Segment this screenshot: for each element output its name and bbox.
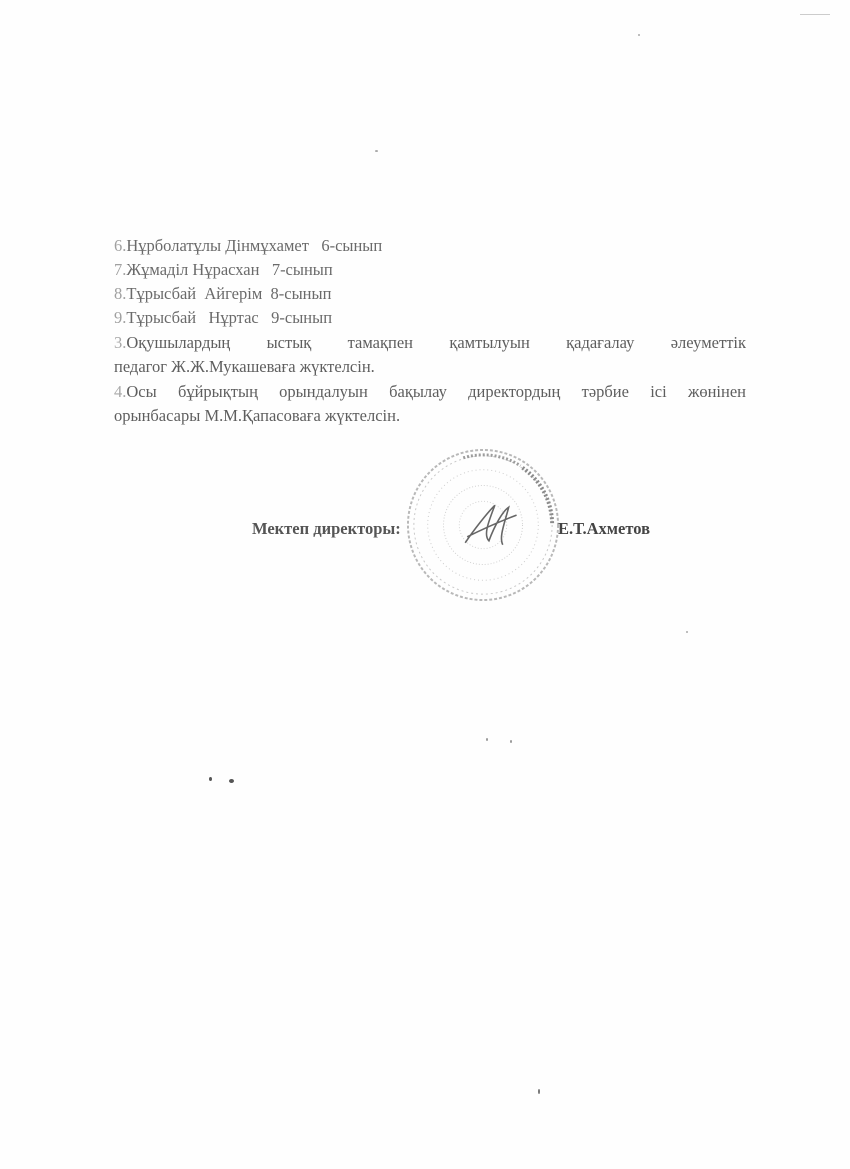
scan-artifact: [375, 150, 378, 152]
scanned-document-page: 6.Нұрболатұлы Дінмұхамет 6-сынып 7.Жұмад…: [0, 0, 850, 1169]
signature-scribble: [465, 505, 516, 545]
scan-artifact: [686, 631, 688, 633]
item-number: 6.: [114, 236, 126, 255]
scan-artifact: [510, 740, 512, 743]
student-name: Нұрболатұлы Дінмұхамет: [126, 236, 309, 255]
item-number: 9.: [114, 308, 126, 327]
paragraph-number: 4.: [114, 382, 126, 401]
student-grade: 9-сынып: [271, 308, 332, 327]
director-title: Мектеп директоры:: [252, 519, 401, 539]
student-name: Жұмаділ Нұрасхан: [126, 260, 259, 279]
item-number: 7.: [114, 260, 126, 279]
student-list: 6.Нұрболатұлы Дінмұхамет 6-сынып 7.Жұмад…: [114, 234, 382, 330]
scan-artifact: [486, 738, 488, 741]
director-name: Е.Т.Ахметов: [558, 519, 650, 539]
paragraph-text: Оқушылардың ыстық тамақпен қамтылуын қад…: [126, 333, 746, 352]
paragraph-text: Осы бұйрықтың орындалуын бақылау директо…: [126, 382, 746, 401]
scan-artifact: [800, 14, 830, 15]
paragraph-4-line-2: орынбасары М.М.Қапасоваға жүктелсін.: [114, 404, 746, 428]
scan-artifact: [538, 1089, 540, 1094]
scan-artifact: [209, 777, 212, 781]
official-seal-icon: [404, 446, 562, 604]
paragraph-4-line-1: 4.Осы бұйрықтың орындалуын бақылау дирек…: [114, 380, 746, 404]
paragraph-3-line-2: педагог Ж.Ж.Мукашеваға жүктелсін.: [114, 355, 746, 379]
scan-artifact: [638, 34, 640, 36]
paragraph-number: 3.: [114, 333, 126, 352]
paragraph-3: 3.Оқушылардың ыстық тамақпен қамтылуын қ…: [114, 331, 746, 379]
student-grade: 8-сынып: [271, 284, 332, 303]
list-item: 7.Жұмаділ Нұрасхан 7-сынып: [114, 258, 382, 282]
paragraph-4: 4.Осы бұйрықтың орындалуын бақылау дирек…: [114, 380, 746, 428]
item-number: 8.: [114, 284, 126, 303]
list-item: 8.Тұрысбай Айгерім 8-сынып: [114, 282, 382, 306]
student-name: Тұрысбай Нұртас: [126, 308, 258, 327]
student-grade: 6-сынып: [321, 236, 382, 255]
list-item: 9.Тұрысбай Нұртас 9-сынып: [114, 306, 382, 330]
list-item: 6.Нұрболатұлы Дінмұхамет 6-сынып: [114, 234, 382, 258]
paragraph-3-line-1: 3.Оқушылардың ыстық тамақпен қамтылуын қ…: [114, 331, 746, 355]
student-grade: 7-сынып: [272, 260, 333, 279]
scan-artifact: [229, 779, 234, 783]
student-name: Тұрысбай Айгерім: [126, 284, 262, 303]
